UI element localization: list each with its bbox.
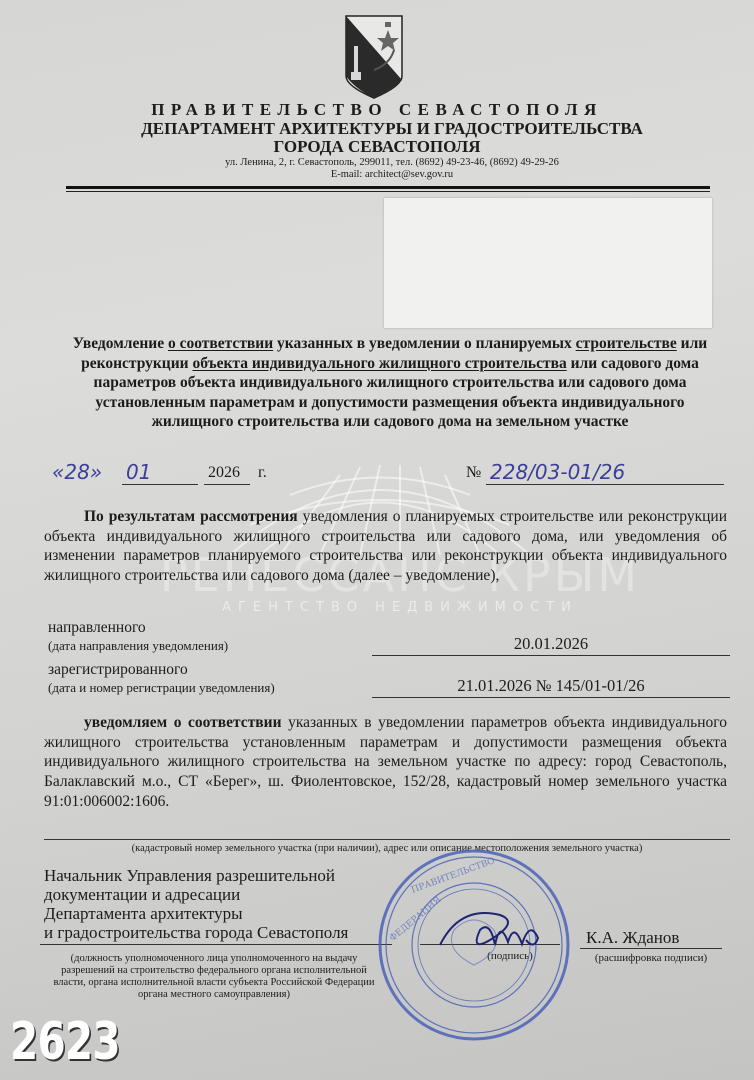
name-underline (580, 948, 722, 949)
position-line: Департамента архитектуры (44, 904, 348, 923)
address-underline (44, 839, 730, 840)
position-line: и градостроительства города Севастополя (44, 923, 348, 942)
position-hint-line: власти, органа исполнительной власти суб… (34, 977, 394, 989)
number-label: № (466, 464, 481, 482)
decision-paragraph: уведомляем о соответствии указанных в ув… (44, 713, 727, 812)
date-year: 2026 (208, 464, 240, 482)
signatory-name: К.А. Жданов (586, 928, 679, 948)
title-text: указанных в уведомлении о планируемых (273, 335, 576, 352)
sent-date-underline (372, 655, 730, 656)
month-underline (122, 484, 198, 485)
watermark-subtitle: АГЕНТСТВО НЕДВИЖИМОСТИ (150, 600, 650, 615)
title-text: Уведомление (73, 335, 168, 352)
title-underlined: строительстве (576, 335, 677, 352)
letterhead-government: ПРАВИТЕЛЬСТВО СЕВАСТОПОЛЯ (0, 100, 754, 120)
document-number: 228/03-01/26 (490, 460, 625, 484)
registered-hint: (дата и номер регистрации уведомления) (48, 680, 275, 696)
letterhead-email: E-mail: architect@sev.gov.ru (0, 169, 754, 181)
decision-bold: уведомляем о соответствии (84, 714, 282, 731)
letterhead-city: ГОРОДА СЕВАСТОПОЛЯ (0, 137, 754, 157)
year-underline (204, 484, 250, 485)
position-line: документации и адресации (44, 885, 348, 904)
intro-bold: По результатам рассмотрения (84, 508, 298, 525)
position-hint: (должность уполномоченного лица уполномо… (34, 953, 394, 1001)
title-underlined: объекта индивидуального жилищного строит… (192, 355, 566, 372)
date-number-row: «28» 01 2026 г. № 228/03-01/26 (44, 460, 724, 488)
sent-label: направленного (48, 619, 146, 637)
letterhead-department: ДЕПАРТАМЕНТ АРХИТЕКТУРЫ И ГРАДОСТРОИТЕЛЬ… (0, 119, 754, 139)
registered-label: зарегистрированного (48, 661, 188, 679)
sent-date-value: 20.01.2026 (372, 634, 730, 654)
position-hint-line: органа местного самоуправления) (34, 989, 394, 1001)
registration-underline (372, 697, 730, 698)
date-month: 01 (126, 460, 151, 484)
number-underline (486, 484, 724, 485)
letterhead-address: ул. Ленина, 2, г. Севастополь, 299011, т… (0, 157, 754, 169)
title-underlined: о соответствии (168, 335, 273, 352)
date-year-suffix: г. (258, 464, 267, 482)
position-hint-line: разрешений на строительство федерального… (34, 965, 394, 977)
letterhead-rule (66, 186, 710, 189)
date-day: «28» (52, 460, 102, 484)
position-line: Начальник Управления разрешительной (44, 866, 348, 885)
sevastopol-coat-of-arms-icon (344, 14, 404, 100)
document-title: Уведомление о соответствии указанных в у… (60, 334, 720, 432)
handwritten-signature-icon (430, 900, 550, 960)
letterhead-rule-thin (66, 191, 710, 192)
position-hint-line: (должность уполномоченного лица уполномо… (34, 953, 394, 965)
position-underline (40, 944, 392, 945)
redacted-recipient-block (384, 198, 712, 328)
registration-value: 21.01.2026 № 145/01-01/26 (372, 676, 730, 696)
listing-number-badge: 2623 (10, 1012, 120, 1072)
name-hint: (расшифровка подписи) (578, 952, 724, 964)
intro-paragraph: По результатам рассмотрения уведомления … (44, 507, 727, 586)
sent-hint: (дата направления уведомления) (48, 638, 228, 654)
signatory-position: Начальник Управления разрешительной доку… (44, 866, 348, 942)
